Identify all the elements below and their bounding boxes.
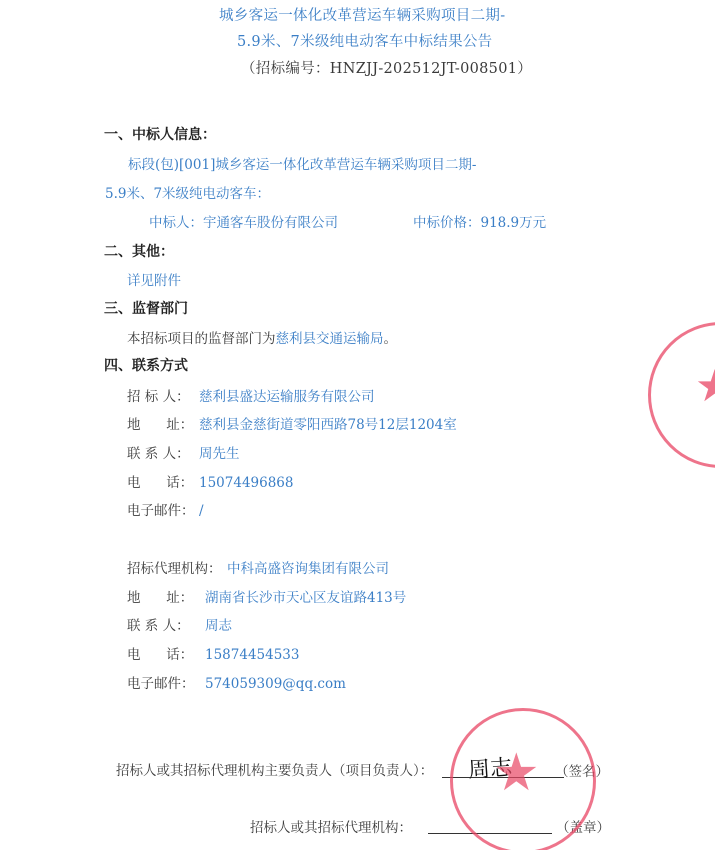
supervision-prefix: 本招标项目的监督部门为 bbox=[127, 331, 276, 347]
contact-label: 地 址： bbox=[127, 586, 205, 606]
contact-label: 电 话： bbox=[127, 471, 199, 491]
agency-contact-row: 联 系 人：周志 bbox=[127, 614, 232, 634]
seal-star-icon: ★ bbox=[493, 747, 540, 799]
organization-seal-label: 招标人或其招标代理机构： bbox=[250, 816, 412, 836]
contact-value: 周先生 bbox=[199, 446, 240, 462]
contact-value: / bbox=[199, 503, 204, 519]
contact-label: 联 系 人： bbox=[127, 614, 205, 634]
supervision-text: 本招标项目的监督部门为慈利县交通运输局。 bbox=[127, 327, 397, 347]
see-attachment: 详见附件 bbox=[127, 269, 181, 289]
winner-value: 宇通客车股份有限公司 bbox=[203, 215, 338, 231]
tender-number: （招标编号：HNZJJ-202512JT-008501） bbox=[241, 57, 532, 78]
agency-email-row: 电子邮件：574059309@qq.com bbox=[127, 672, 346, 692]
contact-label: 电子邮件： bbox=[127, 499, 199, 519]
supervision-suffix: 。 bbox=[384, 331, 398, 347]
contact-value: 15074496868 bbox=[199, 475, 293, 491]
company-seal-bottom: ★ bbox=[450, 708, 596, 850]
section-supervision-heading: 三、监督部门 bbox=[104, 298, 188, 318]
contact-label: 电 话： bbox=[127, 643, 205, 663]
contact-value: 15874454533 bbox=[205, 647, 299, 663]
contact-label: 招标代理机构： bbox=[127, 557, 227, 577]
contact-value: 湖南省长沙市天心区友谊路413号 bbox=[205, 590, 406, 606]
tenderer-name-row: 招 标 人：慈利县盛达运输服务有限公司 bbox=[127, 385, 375, 405]
supervision-dept: 慈利县交通运输局 bbox=[276, 331, 384, 347]
contact-value: 周志 bbox=[205, 618, 232, 634]
doc-title-line2: 5.9米、7米级纯电动客车中标结果公告 bbox=[237, 30, 492, 51]
contact-value: 中科高盛咨询集团有限公司 bbox=[227, 561, 389, 577]
tenderer-address-row: 地 址：慈利县金慈街道零阳西路78号12层1204室 bbox=[127, 413, 457, 433]
tenderer-phone-row: 电 话：15074496868 bbox=[127, 471, 293, 491]
agency-name-row: 招标代理机构：中科高盛咨询集团有限公司 bbox=[127, 557, 389, 577]
tenderer-contact-row: 联 系 人：周先生 bbox=[127, 442, 240, 462]
winner-row: 中标人：宇通客车股份有限公司 bbox=[149, 211, 338, 231]
contact-value: 574059309@qq.com bbox=[205, 676, 346, 692]
agency-phone-row: 电 话：15874454533 bbox=[127, 643, 299, 663]
contact-label: 电子邮件： bbox=[127, 672, 205, 692]
company-seal-right: ★ bbox=[648, 322, 715, 468]
seal-star-icon: ★ bbox=[695, 365, 715, 409]
lot-description-line1: 标段(包)[001]城乡客运一体化改革营运车辆采购项目二期- bbox=[128, 153, 476, 173]
contact-value: 慈利县盛达运输服务有限公司 bbox=[199, 389, 375, 405]
tenderer-email-row: 电子邮件：/ bbox=[127, 499, 204, 519]
responsible-person-label: 招标人或其招标代理机构主要负责人（项目负责人）： bbox=[116, 759, 433, 779]
section-other-heading: 二、其他： bbox=[104, 241, 174, 261]
agency-address-row: 地 址：湖南省长沙市天心区友谊路413号 bbox=[127, 586, 406, 606]
contact-label: 联 系 人： bbox=[127, 442, 199, 462]
price-label: 中标价格： bbox=[413, 215, 481, 231]
price-row: 中标价格：918.9万元 bbox=[413, 211, 546, 231]
contact-value: 慈利县金慈街道零阳西路78号12层1204室 bbox=[199, 417, 457, 433]
section-winner-heading: 一、中标人信息： bbox=[104, 124, 216, 144]
contact-label: 招 标 人： bbox=[127, 385, 199, 405]
section-contact-heading: 四、联系方式 bbox=[104, 355, 188, 375]
winner-label: 中标人： bbox=[149, 215, 203, 231]
lot-description-line2: 5.9米、7米级纯电动客车： bbox=[105, 182, 270, 202]
contact-label: 地 址： bbox=[127, 413, 199, 433]
doc-title-line1: 城乡客运一体化改革营运车辆采购项目二期- bbox=[219, 4, 505, 25]
price-value: 918.9万元 bbox=[481, 215, 547, 231]
